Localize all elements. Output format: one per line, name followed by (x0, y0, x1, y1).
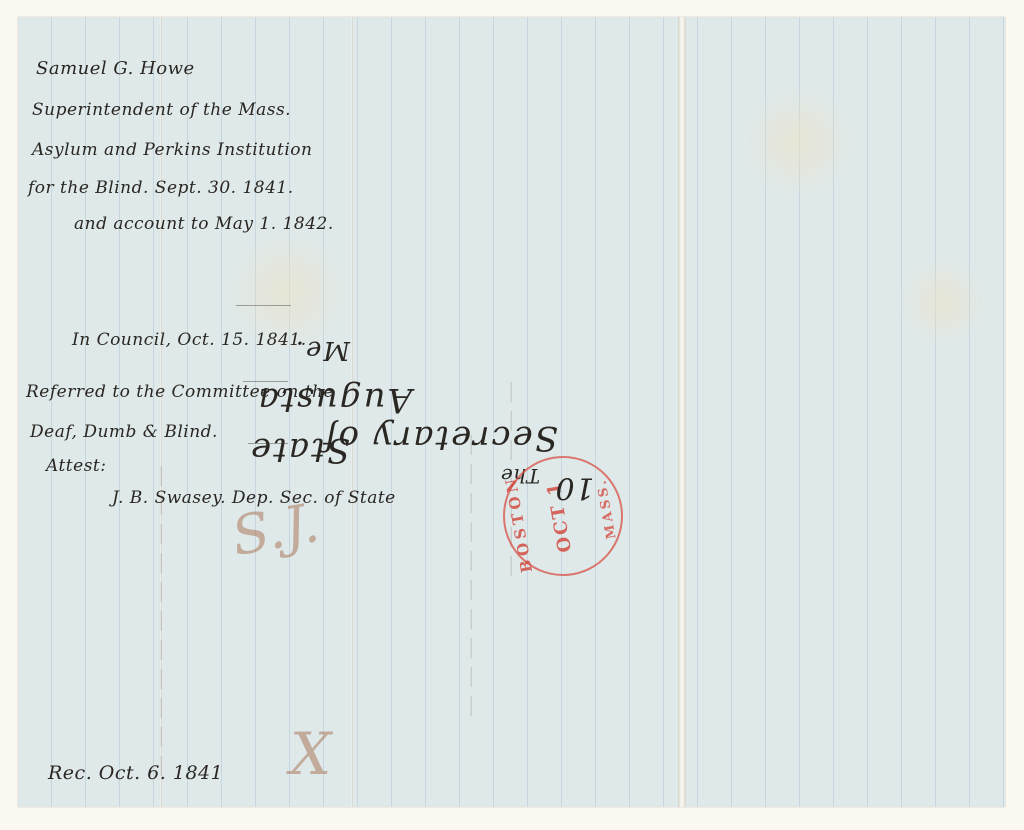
underline (236, 305, 291, 306)
in-council-note: In Council, Oct. 15. 1841. (72, 330, 307, 350)
postage-rate: 10 (555, 470, 594, 505)
docket-line-3: for the Blind. Sept. 30. 1841. (28, 178, 294, 198)
bleed-through-text: — — — — — — — — — — (458, 434, 483, 717)
bleed-through-text: — — — — — — — — — — — (148, 465, 173, 777)
paper-stain (738, 87, 858, 197)
letter-paper: — — — — — — — — — — — — — — — — — — — — … (18, 17, 1005, 807)
referred-line-2: Deaf, Dumb & Blind. (30, 422, 218, 442)
pencil-mark: X (290, 720, 331, 788)
address-line-augusta: Augusta (257, 380, 413, 420)
docket-line-1: Superintendent of the Mass. (32, 100, 291, 120)
address-line-secretary: Secretary of (322, 418, 558, 458)
docket-name: Samuel G. Howe (36, 58, 195, 79)
underline (243, 381, 288, 382)
received-date: Rec. Oct. 6. 1841 (48, 762, 223, 784)
attest-label: Attest: (46, 456, 107, 476)
fold-line (678, 17, 686, 807)
docket-line-4: and account to May 1. 1842. (74, 214, 334, 234)
address-line-me: Me. (294, 335, 350, 365)
paper-stain (898, 257, 988, 347)
underline (248, 443, 288, 444)
docket-line-2: Asylum and Perkins Institution (32, 140, 312, 160)
